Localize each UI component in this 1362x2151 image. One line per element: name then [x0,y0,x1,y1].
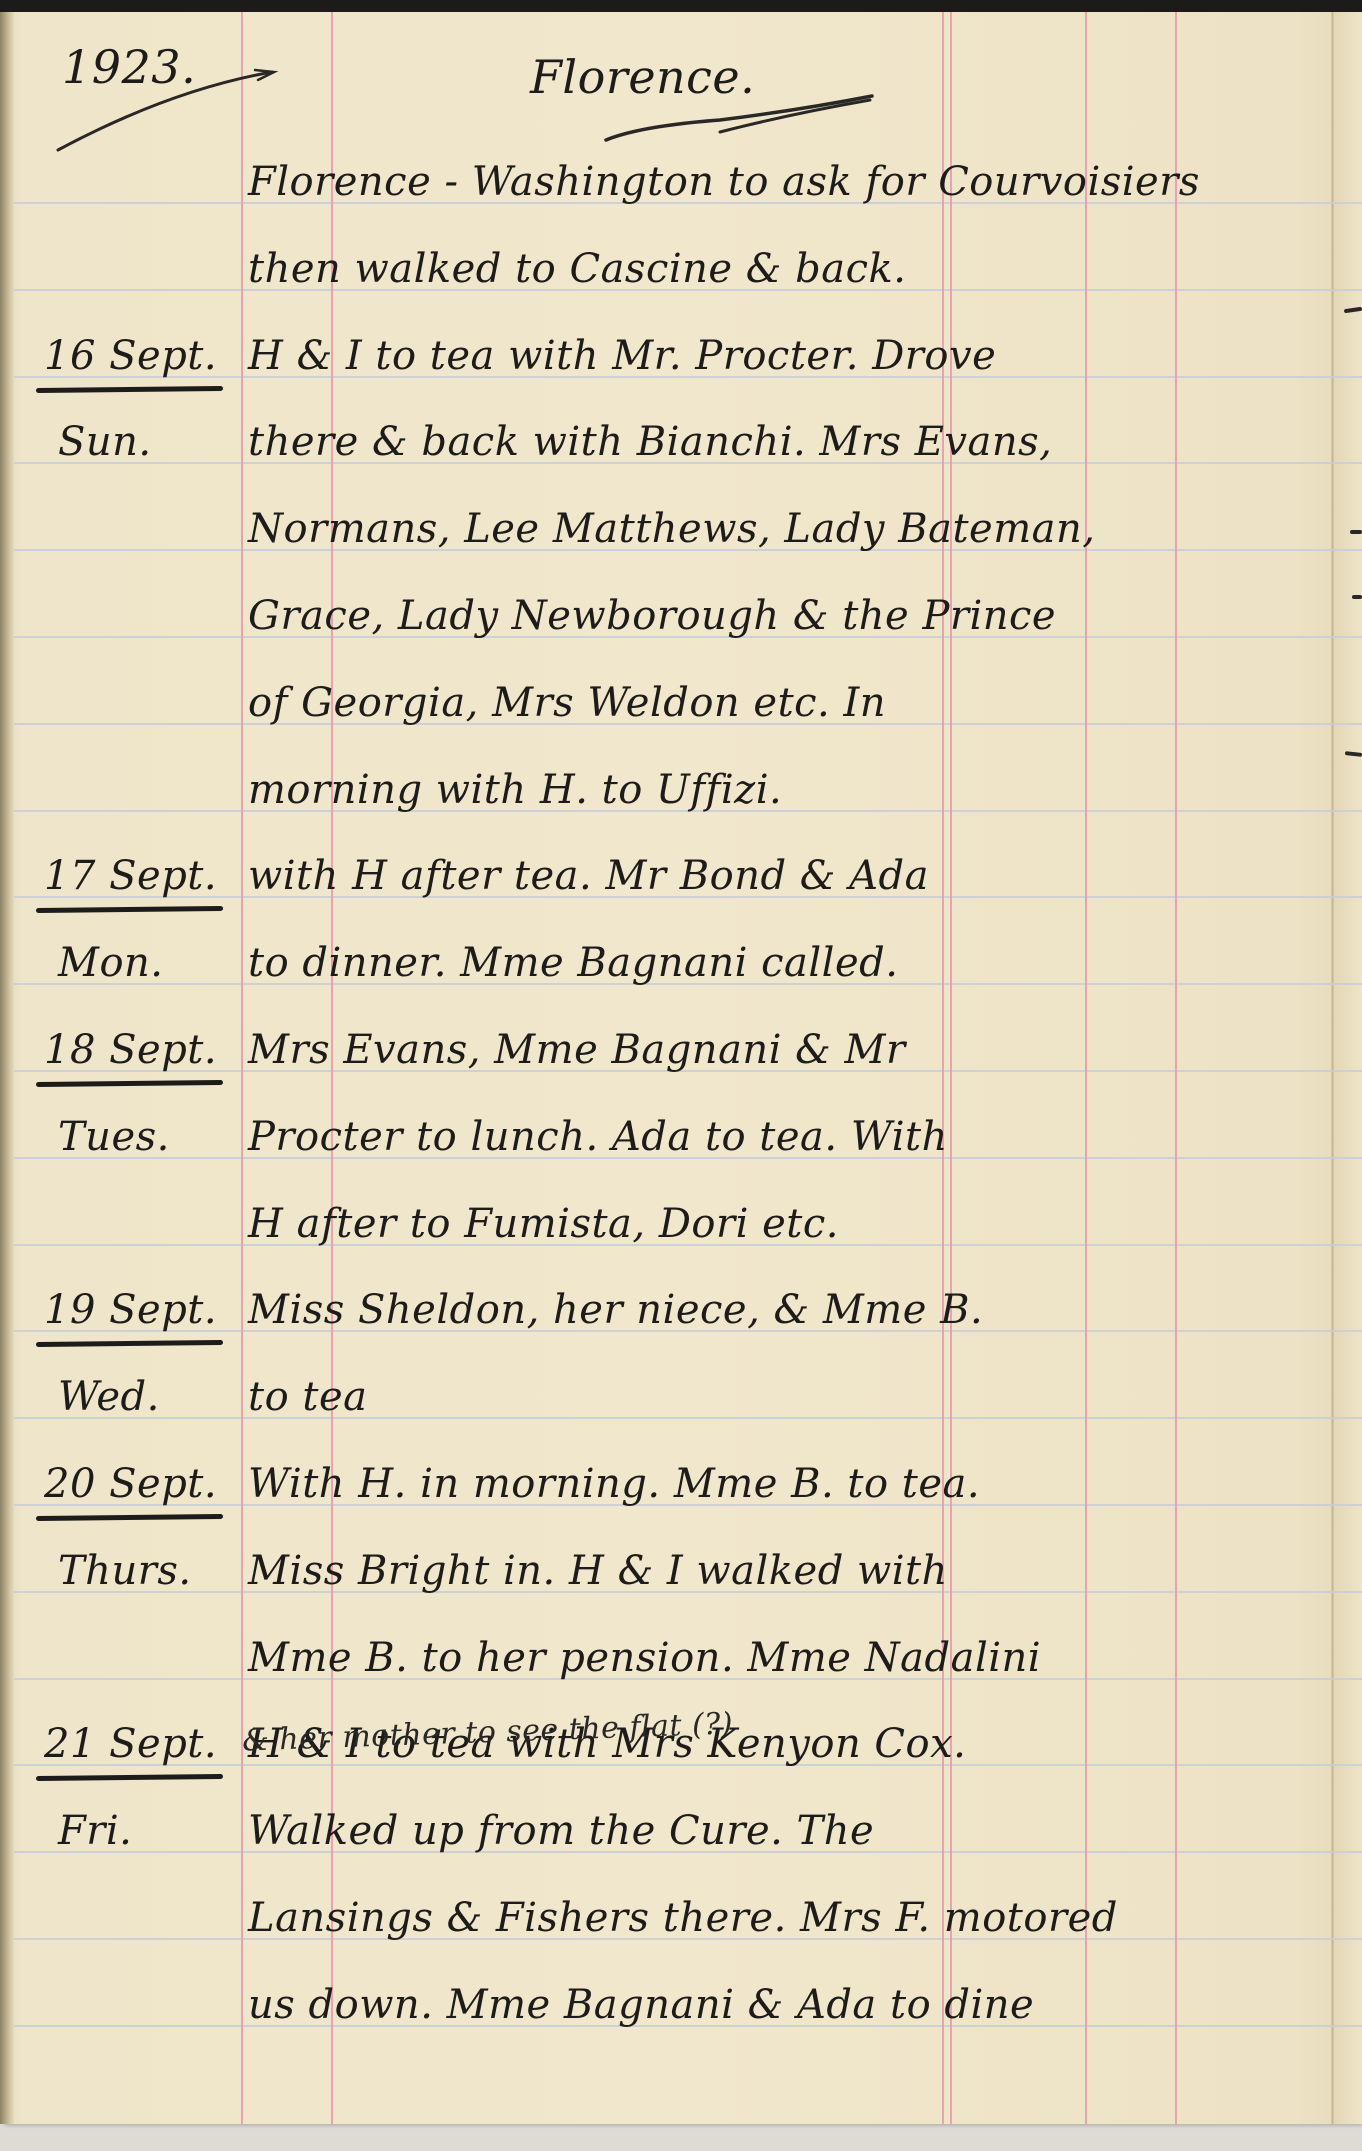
entry-text: Florence - Washington to ask for Courvoi… [248,162,1200,202]
entry-text: Lansings & Fishers there. Mrs F. motored [248,1898,1118,1938]
entry-text: Miss Sheldon, her niece, & Mme B. [248,1290,983,1330]
entry-text: H & I to tea with Mr. Procter. Drove [248,336,996,376]
ink-mark [1352,595,1362,599]
weekday-label: Wed. [58,1377,160,1417]
weekday-label: Fri. [58,1811,132,1851]
next-page-leaf [1334,12,1362,2124]
date-label: 20 Sept. [44,1464,217,1504]
entry-text: Mrs Evans, Mme Bagnani & Mr [248,1030,906,1070]
weekday-label: Thurs. [58,1551,192,1591]
entry-text: Walked up from the Cure. The [248,1811,874,1851]
entry-text: of Georgia, Mrs Weldon etc. In [248,683,886,723]
date-label: 17 Sept. [44,856,217,896]
ruled-line [14,1417,1362,1419]
entry-text: with H after tea. Mr Bond & Ada [248,856,929,896]
date-label: 16 Sept. [44,336,217,376]
entry-text: Procter to lunch. Ada to tea. With [248,1117,948,1157]
date-label: 21 Sept. [44,1724,217,1764]
ink-mark [1350,530,1362,534]
entry-text: With H. in morning. Mme B. to tea. [248,1464,980,1504]
column-line [950,12,952,2124]
year-underline-stroke [50,60,280,160]
weekday-label: Tues. [58,1117,170,1157]
weekday-label: Mon. [58,943,164,983]
entry-text: us down. Mme Bagnani & Ada to dine [248,1985,1034,2025]
column-line [1175,12,1177,2124]
date-label: 19 Sept. [44,1290,217,1330]
entry-text: to dinner. Mme Bagnani called. [248,943,898,983]
title-flourish [600,92,880,152]
page-left-edge [0,12,14,2124]
entry-text: morning with H. to Uffizi. [248,770,782,810]
entry-text: Miss Bright in. H & I walked with [248,1551,948,1591]
column-line [1085,12,1087,2124]
date-label: 18 Sept. [44,1030,217,1070]
entry-text: to tea [248,1377,367,1417]
entry-text: Grace, Lady Newborough & the Prince [248,596,1056,636]
weekday-label: Sun. [58,422,152,462]
column-line [942,12,944,2124]
entry-text: H after to Fumista, Dori etc. [248,1204,839,1244]
diary-page: 1923. Florence. Florence - Washington to… [0,12,1362,2124]
entry-text: Normans, Lee Matthews, Lady Bateman, [248,509,1095,549]
margin-line [241,12,243,2124]
entry-text: there & back with Bianchi. Mrs Evans, [248,422,1052,462]
page-fold [1331,12,1334,2124]
entry-text: Mme B. to her pension. Mme Nadalini [248,1638,1041,1678]
entry-text: then walked to Cascine & back. [248,249,906,289]
